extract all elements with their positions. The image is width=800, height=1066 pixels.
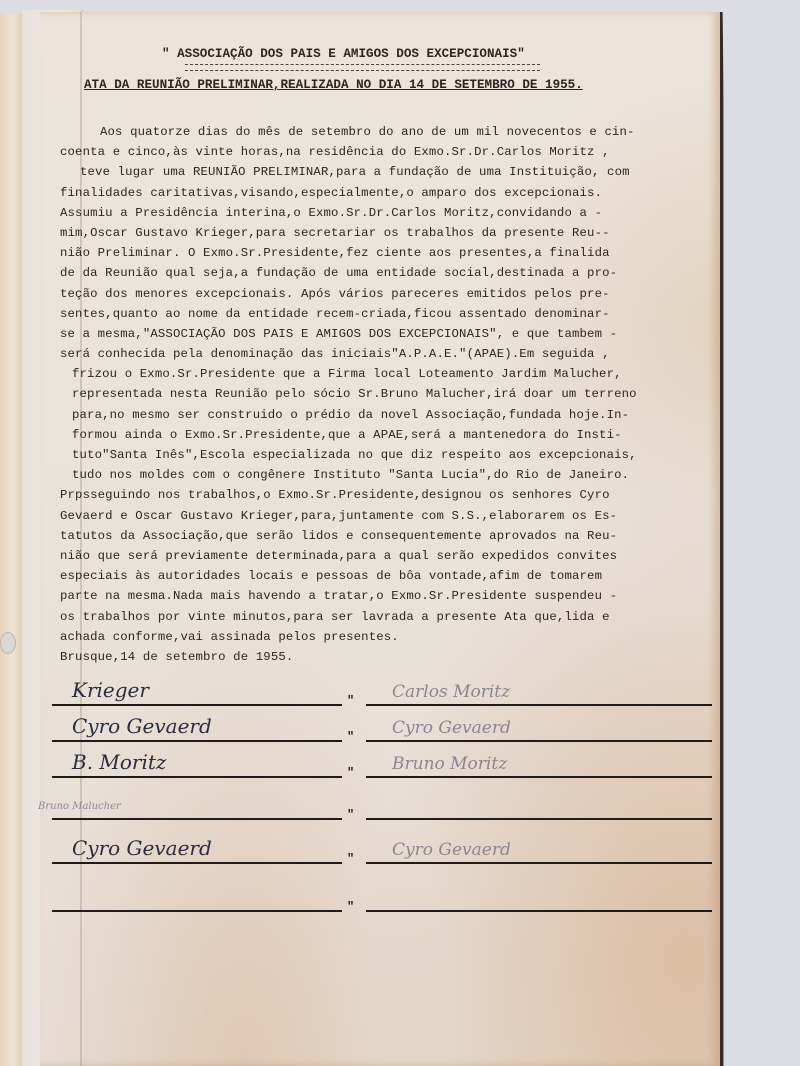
body-line: tuto"Santa Inês",Escola especializada no… bbox=[60, 445, 720, 465]
handwritten-signature: B. Moritz bbox=[72, 750, 166, 774]
signature-separator: " bbox=[347, 694, 354, 708]
signature-line bbox=[52, 776, 342, 778]
body-line: mim,Oscar Gustavo Krieger,para secretari… bbox=[60, 223, 720, 243]
body-line: tatutos da Associação,que serão lidos e … bbox=[60, 526, 720, 546]
handwritten-name: Bruno Moritz bbox=[392, 754, 507, 774]
handwritten-name: Cyro Gevaerd bbox=[392, 840, 511, 860]
signature-row: Cyro Gevaerd " Cyro Gevaerd bbox=[52, 834, 712, 864]
body-line: Assumiu a Presidência interina,o Exmo.Sr… bbox=[60, 203, 720, 223]
handwritten-name: Cyro Gevaerd bbox=[392, 718, 511, 738]
signature-row: Cyro Gevaerd " Cyro Gevaerd bbox=[52, 712, 712, 742]
signature-row: " bbox=[52, 790, 712, 820]
body-line: teção dos menores excepcionais. Após vár… bbox=[60, 284, 720, 304]
date-line: Brusque,14 de setembro de 1955. bbox=[60, 647, 720, 667]
body-line: representada nesta Reunião pelo sócio Sr… bbox=[60, 384, 720, 404]
handwritten-name: Carlos Moritz bbox=[392, 682, 510, 702]
document-heading: " ASSOCIAÇÃO DOS PAIS E AMIGOS DOS EXCEP… bbox=[162, 47, 525, 61]
underlying-page-edge bbox=[0, 14, 23, 1066]
body-line: formou ainda o Exmo.Sr.Presidente,que a … bbox=[60, 425, 720, 445]
signature-separator: " bbox=[347, 730, 354, 744]
body-line: tudo nos moldes com o congênere Institut… bbox=[60, 465, 720, 485]
document-body: Aos quatorze dias do mês de setembro do … bbox=[60, 122, 720, 667]
body-line: será conhecida pela denominação das inic… bbox=[60, 344, 720, 364]
body-line: Prpsseguindo nos trabalhos,o Exmo.Sr.Pre… bbox=[60, 485, 720, 505]
signature-row: Krieger " Carlos Moritz bbox=[52, 676, 712, 706]
signature-line bbox=[366, 910, 712, 912]
body-line: nião Preliminar. O Exmo.Sr.Presidente,fe… bbox=[60, 243, 720, 263]
signature-row: B. Moritz " Bruno Moritz bbox=[52, 748, 712, 778]
handwritten-signature: Cyro Gevaerd bbox=[72, 714, 212, 738]
body-line: especiais às autoridades locais e pessoa… bbox=[60, 566, 720, 586]
body-line: sentes,quanto ao nome da entidade recem-… bbox=[60, 304, 720, 324]
signature-line bbox=[52, 862, 342, 864]
signature-line bbox=[52, 818, 342, 820]
handwritten-signature: Cyro Gevaerd bbox=[72, 836, 212, 860]
signature-separator: " bbox=[347, 766, 354, 780]
document-subheading: ATA DA REUNIÃO PRELIMINAR,REALIZADA NO D… bbox=[84, 78, 583, 92]
body-line: frizou o Exmo.Sr.Presidente que a Firma … bbox=[60, 364, 720, 384]
signature-line bbox=[366, 776, 712, 778]
signature-line bbox=[52, 740, 342, 742]
signature-separator: " bbox=[347, 852, 354, 866]
signature-line bbox=[366, 818, 712, 820]
body-line: de da Reunião qual seja,a fundação de um… bbox=[60, 263, 720, 283]
signature-separator: " bbox=[347, 808, 354, 822]
body-line: achada conforme,vai assinada pelos prese… bbox=[60, 627, 720, 647]
body-line: para,no mesmo ser construido o prédio da… bbox=[60, 405, 720, 425]
handwritten-signature: Krieger bbox=[72, 678, 149, 702]
signature-line bbox=[52, 910, 342, 912]
body-line: se a mesma,"ASSOCIAÇÃO DOS PAIS E AMIGOS… bbox=[60, 324, 720, 344]
heading-double-rule bbox=[185, 64, 540, 71]
body-line: Gevaerd e Oscar Gustavo Krieger,para,jun… bbox=[60, 506, 720, 526]
signature-separator: " bbox=[347, 900, 354, 914]
body-line: parte na mesma.Nada mais havendo a trata… bbox=[60, 586, 720, 606]
signature-line bbox=[366, 740, 712, 742]
body-line: teve lugar uma REUNIÃO PRELIMINAR,para a… bbox=[60, 162, 720, 182]
body-line: nião que será previamente determinada,pa… bbox=[60, 546, 720, 566]
body-line: os trabalhos por vinte minutos,para ser … bbox=[60, 607, 720, 627]
signature-row: " bbox=[52, 882, 712, 912]
body-line: Aos quatorze dias do mês de setembro do … bbox=[60, 122, 720, 142]
signature-line bbox=[366, 862, 712, 864]
signature-line bbox=[366, 704, 712, 706]
body-line: finalidades caritativas,visando,especial… bbox=[60, 183, 720, 203]
punch-hole bbox=[0, 632, 16, 654]
signature-line bbox=[52, 704, 342, 706]
body-line: coenta e cinco,às vinte horas,na residên… bbox=[60, 142, 720, 162]
